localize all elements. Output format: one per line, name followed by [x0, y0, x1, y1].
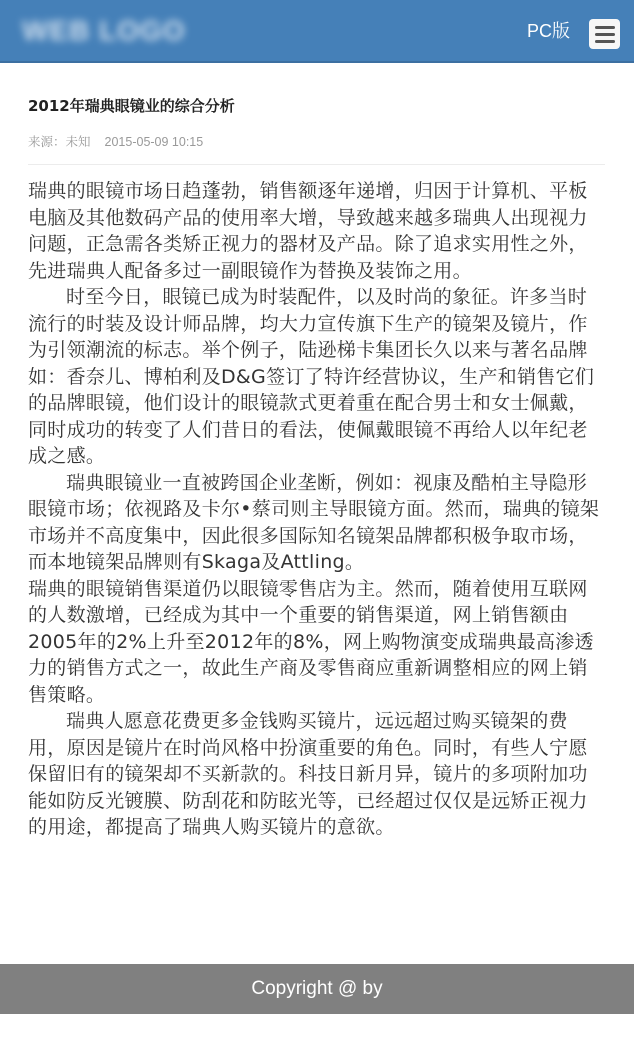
- paragraph: 瑞典人愿意花费更多金钱购买镜片，远远超过购买镜架的费用，原因是镜片在时尚风格中扮…: [28, 708, 606, 841]
- pc-version-link[interactable]: PC版: [527, 20, 570, 42]
- copyright-text: Copyright @ by: [251, 978, 382, 999]
- article-source: 来源：未知: [28, 135, 91, 149]
- divider: [28, 164, 605, 165]
- article-title: 2012年瑞典眼镜业的综合分析: [28, 92, 606, 120]
- paragraph: 瑞典的眼镜销售渠道仍以眼镜零售店为主。然而，随着使用互联网的人数激增，已经成为其…: [28, 576, 606, 709]
- site-footer: Copyright @ by: [0, 964, 634, 1014]
- hamburger-menu-icon: [595, 40, 615, 43]
- article-date: 2015-05-09 10:15: [105, 135, 204, 149]
- article-meta: 来源：未知2015-05-09 10:15: [28, 132, 606, 152]
- menu-button[interactable]: [589, 19, 620, 49]
- site-header: WEB LOGO PC版: [0, 0, 634, 63]
- hamburger-menu-icon: [595, 33, 615, 36]
- hamburger-menu-icon: [595, 26, 615, 29]
- paragraph: 瑞典的眼镜市场日趋蓬勃，销售额逐年递增，归因于计算机、平板电脑及其他数码产品的使…: [28, 178, 606, 284]
- article-content: 瑞典的眼镜市场日趋蓬勃，销售额逐年递增，归因于计算机、平板电脑及其他数码产品的使…: [28, 178, 606, 841]
- site-logo[interactable]: WEB LOGO: [22, 14, 192, 48]
- article: 2012年瑞典眼镜业的综合分析 来源：未知2015-05-09 10:15 瑞典…: [28, 92, 606, 841]
- paragraph: 瑞典眼镜业一直被跨国企业垄断，例如：视康及酷柏主导隐形眼镜市场；依视路及卡尔•蔡…: [28, 470, 606, 576]
- paragraph: 时至今日，眼镜已成为时装配件，以及时尚的象征。许多当时流行的时装及设计师品牌，均…: [28, 284, 606, 470]
